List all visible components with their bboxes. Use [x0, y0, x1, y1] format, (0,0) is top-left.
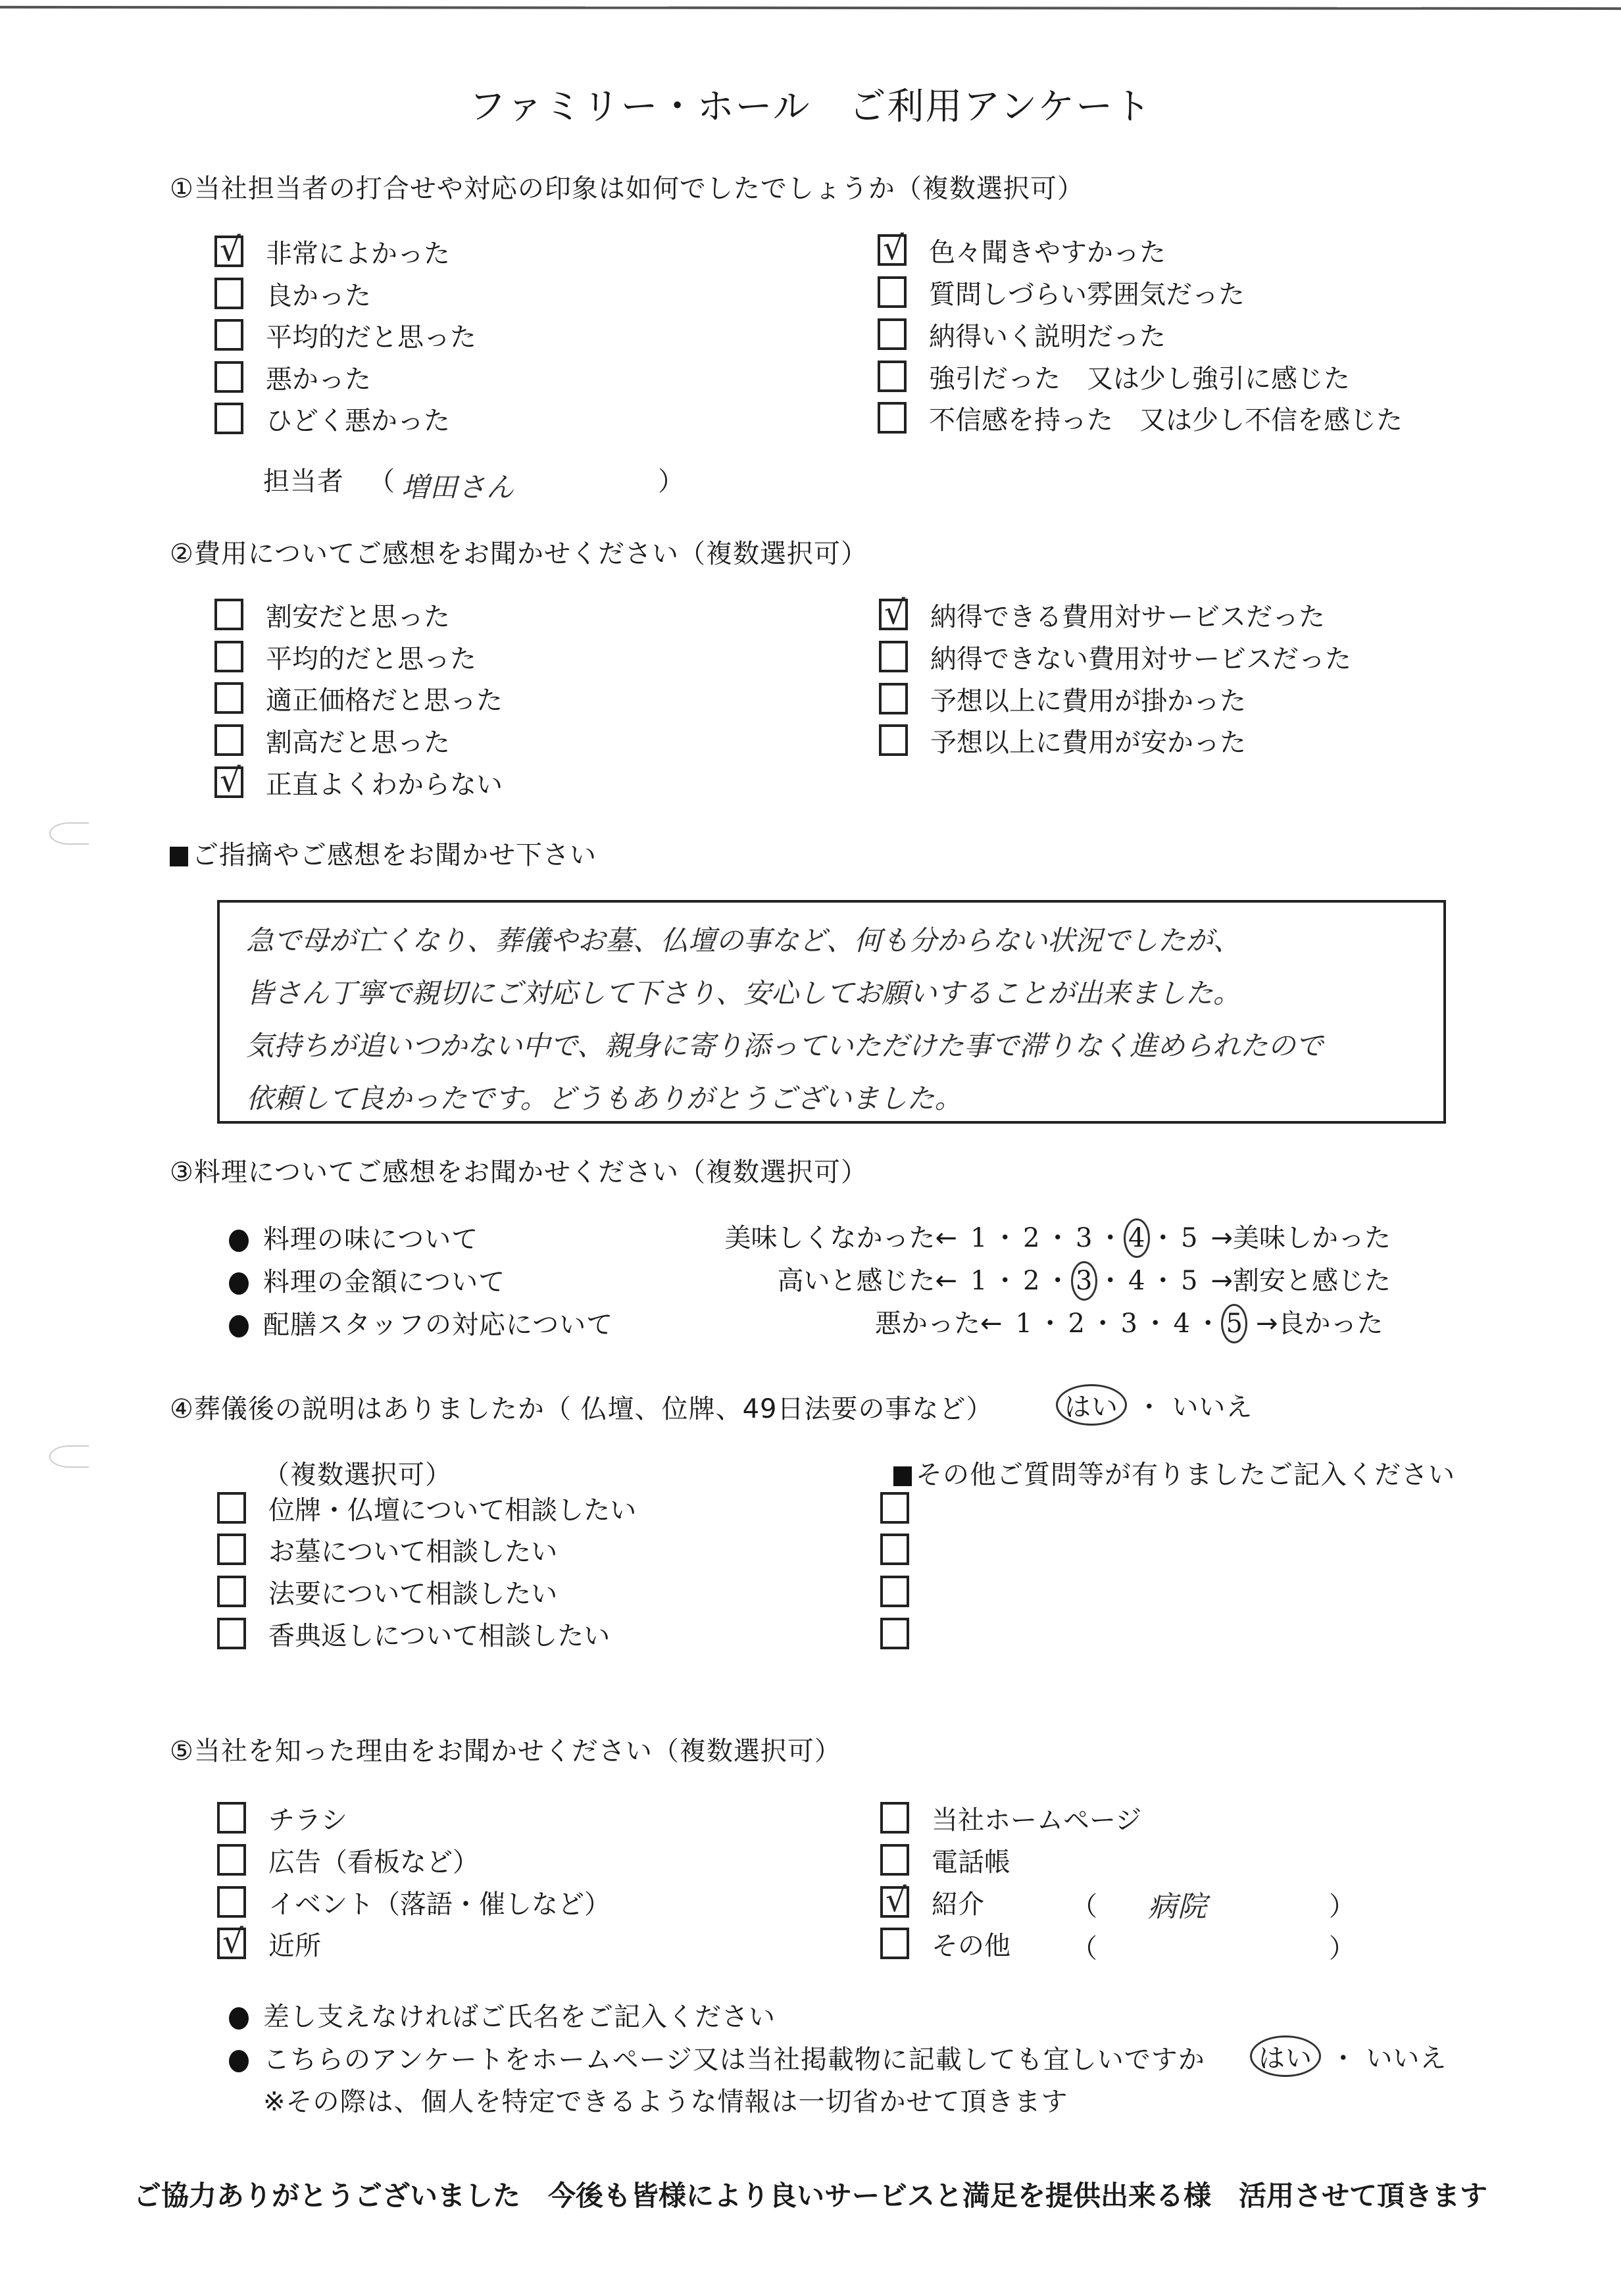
q3-heading: ③料理についてご感想をお聞かせください（複数選択可）	[170, 1151, 868, 1189]
checkbox[interactable]	[880, 1618, 909, 1649]
q2-option[interactable]: 割高だと思った	[214, 722, 450, 759]
bullet-icon	[229, 2007, 249, 2030]
other-question-checkbox[interactable]	[880, 1615, 932, 1652]
other-question-checkbox[interactable]	[880, 1489, 932, 1526]
q1-option[interactable]: ひどく悪かった	[214, 400, 450, 437]
publish-question-label: こちらのアンケートをホームページ又は当社掲載物に記載しても宜しいですか	[263, 2045, 1205, 2075]
punch-hole-mark	[49, 822, 89, 845]
q3-item: 料理の味について	[229, 1218, 478, 1256]
comment-line: 気持ちが追いつかない中で、親身に寄り添っていただけた事で滞りなく進められたので	[246, 1020, 1417, 1072]
option-label: 正直よくわからない	[266, 764, 503, 801]
q5-option[interactable]: 電話帳	[880, 1841, 1010, 1878]
paren-open: （	[1071, 1928, 1097, 1965]
checkbox[interactable]	[880, 1534, 909, 1565]
survey-title: ファミリー・ホール ご利用アンケート	[0, 78, 1621, 130]
checkbox[interactable]	[880, 1576, 909, 1607]
yes-option-selected[interactable]: はい	[1056, 1384, 1127, 1426]
option-label: 悪かった	[266, 359, 371, 396]
q2-option[interactable]: 平均的だと思った	[214, 638, 476, 675]
q2-option[interactable]: 正直よくわからない	[214, 764, 503, 801]
checkbox[interactable]	[880, 1928, 909, 1959]
square-bullet-icon	[893, 1466, 912, 1486]
q1-option[interactable]: 良かった	[214, 275, 371, 312]
rating-3[interactable]: 3	[1071, 1223, 1097, 1253]
checkbox[interactable]	[879, 724, 908, 756]
option-label: 納得いく説明だった	[929, 316, 1166, 353]
q3-item-label: 配膳スタッフの対応について	[263, 1310, 613, 1340]
q4-option[interactable]: 法要について相談したい	[217, 1573, 557, 1610]
checkbox[interactable]	[214, 278, 243, 309]
option-label: イベント（落語・催しなど）	[268, 1884, 611, 1921]
rating-2[interactable]: 2	[1018, 1266, 1045, 1296]
paren-open: （	[368, 461, 395, 498]
publish-yes-no: はい ・ いいえ	[1250, 2035, 1447, 2077]
checkbox[interactable]	[217, 1534, 246, 1565]
q4-option[interactable]: 香典返しについて相談したい	[217, 1615, 610, 1652]
q2-option[interactable]: 予想以上に費用が安かった	[879, 722, 1246, 759]
checkbox[interactable]	[217, 1844, 246, 1876]
rating-5[interactable]: 5	[1176, 1266, 1203, 1296]
q2-option[interactable]: 割安だと思った	[214, 596, 450, 633]
option-label: その他	[932, 1925, 1010, 1962]
option-label: 納得できる費用対サービスだった	[930, 596, 1325, 634]
rating-5-selected[interactable]: 5	[1221, 1304, 1247, 1343]
option-label: 予想以上に費用が掛かった	[930, 680, 1246, 718]
option-label: 予想以上に費用が安かった	[930, 722, 1246, 759]
rating-1[interactable]: 1	[966, 1223, 992, 1253]
rating-1[interactable]: 1	[1010, 1309, 1037, 1339]
q5-option[interactable]: 紹介	[880, 1884, 984, 1920]
scale-right-label: →美味しかった	[1210, 1223, 1391, 1253]
checkbox[interactable]	[214, 361, 243, 393]
checkbox[interactable]	[878, 318, 907, 350]
q4-option[interactable]: 位牌・仏壇について相談したい	[217, 1489, 636, 1526]
paren-close: ）	[1329, 1928, 1355, 1965]
rating-2[interactable]: 2	[1018, 1223, 1045, 1253]
rating-3[interactable]: 3	[1116, 1309, 1142, 1339]
square-bullet-icon	[170, 847, 188, 866]
checkbox[interactable]	[214, 724, 243, 756]
comment-line: 依頼して良かったです。どうもありがとうございました。	[246, 1072, 1417, 1125]
option-label: 非常によかった	[266, 233, 450, 270]
q2-option[interactable]: 適正価格だと思った	[214, 680, 503, 716]
comments-textarea[interactable]: 急で母が亡くなり、葬儀やお墓、仏壇の事など、何も分からない状況でしたが、 皆さん…	[217, 900, 1446, 1124]
checkbox[interactable]	[217, 1576, 246, 1607]
checkbox[interactable]	[217, 1802, 246, 1834]
checkbox[interactable]	[879, 641, 908, 672]
punch-hole-mark	[49, 1445, 89, 1468]
scan-edge-line	[0, 6, 1621, 10]
bullet-icon	[229, 1315, 249, 1337]
q1-option[interactable]: 色々聞きやすかった	[878, 232, 1166, 268]
q2-option[interactable]: 予想以上に費用が掛かった	[879, 680, 1246, 717]
option-label: ひどく悪かった	[266, 400, 450, 437]
q2-option[interactable]: 納得できる費用対サービスだった	[879, 596, 1325, 633]
option-label: 香典返しについて相談したい	[268, 1615, 610, 1653]
comment-line: 皆さん丁寧で親切にご対応して下さり、安心してお願いすることが出来ました。	[246, 967, 1417, 1020]
no-option[interactable]: いいえ	[1172, 1392, 1253, 1422]
option-label: 適正価格だと思った	[266, 680, 503, 717]
comments-heading-label: ご指摘やご感想をお聞かせ下さい	[192, 840, 597, 870]
q3-item-label: 料理の味について	[263, 1224, 478, 1255]
option-label: 法要について相談したい	[268, 1573, 557, 1610]
q1-option[interactable]: 質問しづらい雰囲気だった	[878, 274, 1245, 311]
q5-option[interactable]: イベント（落語・催しなど）	[217, 1884, 611, 1920]
checkbox[interactable]	[880, 1492, 909, 1524]
checkbox[interactable]	[214, 682, 243, 714]
checkbox[interactable]	[214, 641, 243, 672]
option-label: 良かった	[266, 275, 371, 312]
option-label: 納得できない費用対サービスだった	[930, 638, 1351, 676]
checkbox-checked[interactable]	[880, 1886, 909, 1918]
rating-5[interactable]: 5	[1176, 1223, 1203, 1253]
q5-option[interactable]: 広告（看板など）	[217, 1841, 479, 1878]
q1-heading: ①当社担当者の打合せや対応の印象は如何でしたでしょうか（複数選択可）	[170, 168, 1084, 205]
scale-left-label: 美味しくなかった←	[725, 1223, 958, 1253]
bullet-icon	[229, 1230, 249, 1252]
referral-detail-field[interactable]: 病院	[1148, 1883, 1207, 1925]
other-heading-label: その他ご質問等が有りましたご記入ください	[916, 1460, 1455, 1490]
q4-option[interactable]: お墓について相談したい	[217, 1531, 557, 1568]
rating-4-selected[interactable]: 4	[1124, 1218, 1150, 1258]
q3-item: 配膳スタッフの対応について	[229, 1304, 613, 1341]
separator: ・	[1136, 1392, 1163, 1422]
comments-heading: ご指摘やご感想をお聞かせ下さい	[170, 834, 597, 872]
scale-right-label: →割安と感じた	[1210, 1266, 1391, 1296]
name-request: 差し支えなければご氏名をご記入ください	[229, 1996, 776, 2034]
checkbox-checked[interactable]	[214, 236, 243, 267]
comment-line: 急で母が亡くなり、葬儀やお墓、仏壇の事など、何も分からない状況でしたが、	[246, 914, 1417, 967]
q1-option[interactable]: 非常によかった	[214, 233, 450, 270]
other-question-checkbox[interactable]	[880, 1531, 932, 1568]
q1-option[interactable]: 強引だった 又は少し強引に感じた	[878, 358, 1350, 395]
checkbox[interactable]	[880, 1802, 909, 1834]
rating-4[interactable]: 4	[1124, 1266, 1150, 1296]
publish-question: こちらのアンケートをホームページ又は当社掲載物に記載しても宜しいですか	[229, 2039, 1205, 2076]
name-request-label: 差し支えなければご氏名をご記入ください	[263, 2002, 776, 2032]
rating-1[interactable]: 1	[966, 1266, 992, 1296]
q4-yes-no: はい ・ いいえ	[1056, 1384, 1253, 1426]
checkbox-checked[interactable]	[878, 234, 907, 266]
checkbox[interactable]	[880, 1844, 909, 1876]
option-label: 強引だった 又は少し強引に感じた	[929, 358, 1350, 395]
staff-name-field[interactable]: 増田さん	[401, 466, 514, 505]
checkbox[interactable]	[214, 599, 243, 630]
q5-heading: ⑤当社を知った理由をお聞かせください（複数選択可）	[170, 1730, 841, 1768]
q5-option[interactable]: その他	[880, 1925, 1010, 1962]
checkbox[interactable]	[217, 1492, 246, 1524]
scale-right-label: →良かった	[1256, 1303, 1391, 1340]
separator: ・	[1330, 2043, 1357, 2074]
q5-option[interactable]: 近所	[217, 1925, 321, 1962]
checkbox-checked[interactable]	[217, 1928, 246, 1959]
scale-left-label: 悪かった←	[875, 1309, 1003, 1339]
no-option[interactable]: いいえ	[1366, 2043, 1447, 2074]
checkbox[interactable]	[878, 276, 907, 308]
rating-3-selected[interactable]: 3	[1071, 1261, 1097, 1301]
checkbox[interactable]	[214, 319, 243, 351]
paren-close: ）	[658, 461, 684, 498]
option-label: お墓について相談したい	[268, 1531, 557, 1568]
rating-2[interactable]: 2	[1063, 1309, 1089, 1339]
option-label: 平均的だと思った	[266, 638, 476, 676]
q1-option[interactable]: 不信感を持った 又は少し不信を感じた	[878, 399, 1403, 436]
rating-scale-price: 高いと感じた← 1・2・3・4・5 →割安と感じた	[778, 1260, 1391, 1301]
rating-4[interactable]: 4	[1168, 1309, 1195, 1339]
q1-option[interactable]: 平均的だと思った	[214, 316, 476, 353]
other-question-checkbox[interactable]	[880, 1573, 932, 1610]
q3-item: 料理の金額について	[229, 1261, 505, 1299]
q4-heading: ④葬儀後の説明はありましたか（ 仏壇、位牌、49日法要の事など）	[170, 1388, 993, 1426]
checkbox[interactable]	[217, 1618, 246, 1649]
q5-option[interactable]: 当社ホームページ	[880, 1799, 1141, 1836]
multi-select-note: （複数選択可）	[263, 1454, 452, 1491]
rating-scale-staff: 悪かった← 1・2・3・4・5 →良かった	[875, 1303, 1391, 1343]
option-label: チラシ	[268, 1799, 347, 1837]
paren-close: ）	[1329, 1885, 1355, 1923]
other-questions-heading: その他ご質問等が有りましたご記入ください	[893, 1454, 1455, 1491]
checkbox-checked[interactable]	[879, 599, 908, 630]
other-detail-field[interactable]	[1118, 1928, 1316, 1960]
checkbox[interactable]	[879, 683, 908, 714]
option-label: 平均的だと思った	[266, 316, 476, 354]
option-label: 割安だと思った	[266, 596, 450, 634]
checkbox[interactable]	[217, 1886, 246, 1918]
staff-label: 担当者	[263, 461, 344, 498]
paren-open: （	[1071, 1885, 1097, 1923]
option-label: 電話帳	[932, 1841, 1010, 1879]
q5-option[interactable]: チラシ	[217, 1799, 347, 1836]
checkbox[interactable]	[214, 403, 243, 434]
option-label: 広告（看板など）	[268, 1841, 479, 1879]
option-label: 近所	[268, 1925, 321, 1962]
rating-scale-taste: 美味しくなかった← 1・2・3・4・5 →美味しかった	[725, 1217, 1391, 1258]
option-label: 割高だと思った	[266, 722, 450, 759]
option-label: 当社ホームページ	[932, 1799, 1141, 1837]
option-label: 位牌・仏壇について相談したい	[268, 1489, 636, 1527]
q1-option[interactable]: 悪かった	[214, 359, 371, 395]
scale-left-label: 高いと感じた←	[778, 1266, 958, 1296]
option-label: 色々聞きやすかった	[929, 232, 1166, 269]
option-label: 紹介	[932, 1884, 984, 1921]
yes-option-selected[interactable]: はい	[1250, 2035, 1321, 2077]
privacy-note: ※その際は、個人を特定できるような情報は一切省かせて頂きます	[263, 2081, 1068, 2118]
footer-thanks: ご協力ありがとうございました 今後も皆様により良いサービスと満足を提供出来る様 …	[0, 2174, 1621, 2214]
q2-heading: ②費用についてご感想をお聞かせください（複数選択可）	[170, 533, 868, 570]
q3-item-label: 料理の金額について	[263, 1267, 505, 1297]
checkbox-checked[interactable]	[214, 766, 243, 798]
q1-option[interactable]: 納得いく説明だった	[878, 316, 1166, 353]
q2-option[interactable]: 納得できない費用対サービスだった	[879, 638, 1351, 675]
bullet-icon	[229, 1272, 249, 1295]
checkbox[interactable]	[878, 361, 907, 392]
option-label: 質問しづらい雰囲気だった	[929, 274, 1245, 311]
checkbox[interactable]	[878, 402, 907, 434]
bullet-icon	[229, 2050, 249, 2072]
option-label: 不信感を持った 又は少し不信を感じた	[929, 399, 1403, 437]
